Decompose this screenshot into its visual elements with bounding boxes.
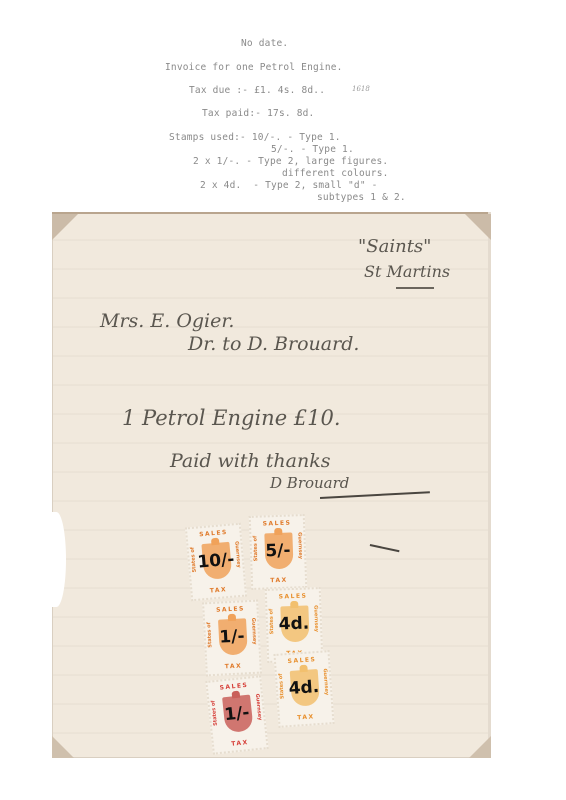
stamp-bottom-text: TAX (280, 712, 332, 723)
stamp-bottom-text: TAX (214, 737, 266, 749)
debtor-line: Dr. to D. Brouard. (188, 333, 359, 355)
stamps-used-line-4: different colours. (282, 168, 389, 179)
stamps-used-line-3: 2 x 1/-. - Type 2, large figures. (193, 156, 388, 167)
tax-due-line: Tax due :- £1. 4s. 8d.. (189, 85, 325, 96)
stamps-used-line-6: subtypes 1 & 2. (317, 192, 406, 203)
stamp-value: 5/- (252, 540, 305, 562)
stamp-top-text: SALES (267, 592, 319, 601)
stamp-bottom-text: TAX (253, 576, 305, 585)
house-name: "Saints" (358, 236, 431, 257)
photo-corner-bottom-left (52, 736, 74, 758)
stamp-value: 10/- (189, 549, 243, 573)
paper-top-edge (52, 212, 491, 214)
pencil-annotation: 1618 (352, 85, 370, 93)
photo-corner-bottom-right (469, 736, 491, 758)
stamps-used-line-1: Stamps used:- 10/-. - Type 1. (169, 132, 341, 143)
stamp-value: 4d. (268, 613, 321, 635)
stamps-used-line-2: 5/-. - Type 1. (271, 144, 354, 155)
stamp-value: 4d. (277, 676, 330, 700)
stamp-bottom-text: TAX (192, 585, 244, 597)
torn-edge (50, 512, 66, 607)
stamp-bottom-text: TAX (207, 662, 259, 672)
stamp-value: 1/- (210, 701, 264, 726)
tax-paid-line: Tax paid:- 17s. 8d. (202, 108, 314, 119)
paper-right-edge (488, 212, 491, 758)
signature: D Brouard (270, 474, 349, 492)
stamp-10-shillings: SALES States of Guernsey 10/- TAX (185, 523, 247, 602)
stamp-1-shilling-red: SALES States of Guernsey 1/- TAX (205, 675, 268, 754)
stamp-top-text: SALES (251, 519, 303, 528)
stamps-used-line-5: 2 x 4d. - Type 2, small "d" - (200, 180, 378, 191)
addressee: Mrs. E. Ogier. (100, 310, 234, 332)
parish: St Martins (364, 262, 450, 281)
stamp-1-shilling-orange: SALES States of Guernsey 1/- TAX (202, 600, 262, 677)
invoice-paper: "Saints" St Martins Mrs. E. Ogier. Dr. t… (52, 212, 491, 758)
photo-corner-top-left (52, 214, 78, 240)
stamp-top-text: SALES (204, 605, 256, 615)
parish-underline (396, 287, 434, 289)
stamp-5-shillings: SALES States of Guernsey 5/- TAX (249, 514, 308, 590)
stamp-4-pence-2: SALES States of Guernsey 4d. TAX (273, 650, 334, 728)
paid-line: Paid with thanks (170, 450, 331, 472)
item-line: 1 Petrol Engine £10. (122, 406, 341, 430)
stamp-value: 1/- (205, 626, 258, 649)
photo-corner-top-right (465, 214, 491, 240)
date-line: No date. (241, 38, 288, 49)
pencil-stroke (370, 544, 400, 552)
title-line: Invoice for one Petrol Engine. (165, 62, 343, 73)
signature-underline (320, 491, 430, 498)
